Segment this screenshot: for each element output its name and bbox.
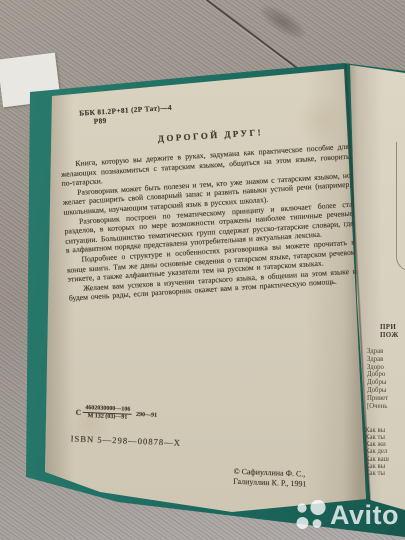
list-item: Как вы xyxy=(365,463,405,470)
list-item: Как ты xyxy=(365,434,405,441)
list-item: Как ваш xyxy=(365,456,405,463)
avito-logo-icon xyxy=(294,499,327,532)
list-item: Как ты xyxy=(365,470,405,477)
publisher-code-denominator: М 132 (03)—91 xyxy=(83,413,132,422)
list-item: Здрав xyxy=(367,356,405,364)
list-item: Добры xyxy=(367,387,405,395)
list-item: Как вы xyxy=(365,427,405,434)
section-heading-line-2: ПОЖ xyxy=(380,331,405,339)
list-item: Здоро xyxy=(367,364,405,372)
avito-logo-text: Avito xyxy=(330,502,399,529)
photo-scene: ББК 81.2Р+81 (2Р Тат)—4 Р89 ДОРОГОЙ ДРУГ… xyxy=(0,0,405,540)
section-heading-line-1: ПРИ xyxy=(380,323,405,331)
copyright: © Сафиуллина Ф. С., Галиуллин К. Р., 199… xyxy=(233,467,307,489)
phrase-list-questions: Как вы Как ты Как жи Как дел Как ваш Как… xyxy=(365,427,405,477)
list-item: Здрав xyxy=(367,348,405,356)
list-item: Добры xyxy=(367,379,405,387)
decorative-frame xyxy=(396,142,405,271)
left-page-text-block: ББК 81.2Р+81 (2Р Тат)—4 Р89 ДОРОГОЙ ДРУГ… xyxy=(57,92,358,304)
publisher-code-fraction: 4602030000—106 М 132 (03)—91 xyxy=(83,405,133,422)
list-item: Как жи xyxy=(365,441,405,448)
section-heading: ПРИ ПОЖ xyxy=(380,323,405,340)
list-item: Привет xyxy=(367,395,405,403)
list-item: [Очень xyxy=(367,403,405,411)
wood-knot xyxy=(244,0,321,54)
publisher-code-suffix: 290—91 xyxy=(136,411,157,418)
avito-watermark: Avito xyxy=(294,499,399,532)
publisher-code-prefix: С xyxy=(76,408,82,417)
list-item: Добро xyxy=(367,371,405,379)
list-item: Как дел xyxy=(365,448,405,455)
phrase-list-greetings: Здрав Здрав Здоро Добро Добры Добры Прив… xyxy=(367,348,405,410)
